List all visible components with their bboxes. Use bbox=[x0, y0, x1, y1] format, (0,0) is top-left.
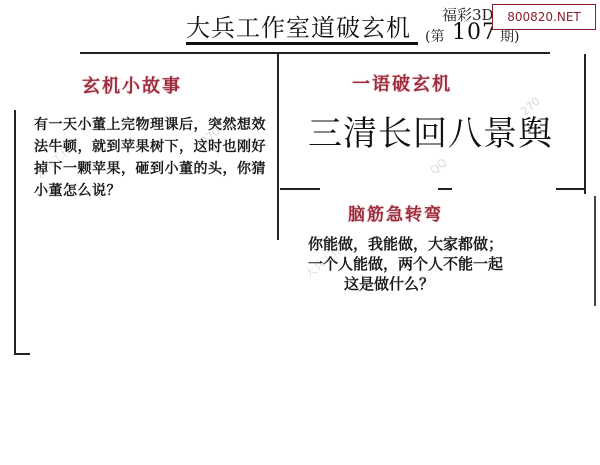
riddle-heading: 脑筋急转弯 bbox=[348, 200, 443, 225]
left-frame-corner bbox=[14, 353, 30, 355]
left-frame-border bbox=[14, 110, 16, 355]
one-line-answer: 三清长回八景舆 bbox=[308, 106, 553, 155]
answer-panel-right-border bbox=[584, 54, 586, 194]
page-title: 大兵工作室道破玄机 bbox=[186, 8, 411, 43]
site-watermark-badge: 800820.NET bbox=[492, 4, 596, 30]
riddle-line: 这是做什么？ bbox=[308, 274, 598, 294]
story-body: 有一天小董上完物理课后，突然想效法牛顿，就到苹果树下，这时也刚好掉下一颗苹果，砸… bbox=[34, 114, 274, 202]
riddle-line: 你能做，我能做，大家都做； bbox=[308, 234, 598, 254]
top-divider bbox=[80, 52, 550, 54]
section-divider bbox=[438, 188, 452, 190]
section-divider bbox=[280, 188, 320, 190]
story-heading: 玄机小故事 bbox=[82, 72, 182, 98]
riddle-line: 一个人能做，两个人不能一起 bbox=[308, 254, 598, 274]
one-line-heading: 一语破玄机 bbox=[352, 70, 452, 96]
section-divider bbox=[556, 188, 586, 190]
title-underline bbox=[186, 42, 418, 45]
watermark-stamp: QQ bbox=[428, 156, 450, 177]
story-panel-divider bbox=[277, 54, 279, 240]
issue-number: 107 bbox=[452, 20, 497, 45]
issue-prefix: (第 bbox=[425, 26, 444, 46]
riddle-body: 你能做，我能做，大家都做； 一个人能做，两个人不能一起 这是做什么？ bbox=[308, 234, 598, 294]
